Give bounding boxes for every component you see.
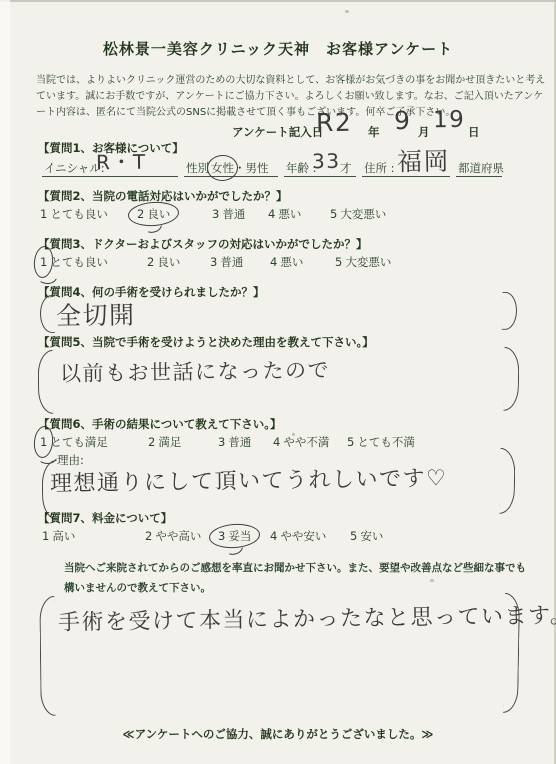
scan-edge-top [0,0,556,2]
q5-answer-bracket-right [503,347,519,411]
q6-heading: 【質問6、手術の結果について教えて下さい。】 [38,416,282,432]
q3-heading: 【質問3、ドクターおよびスタッフの対応はいかがでしたか？】 [38,236,368,252]
date-year-suffix: 年 [368,124,380,140]
q6-answer-bracket-right [499,448,515,514]
intro-line-3: ート内容は、匿名にて当院公式のSNSに掲載させて頂く事もございます。何卒ご了承下… [36,103,455,118]
date-month-suffix: 月 [418,124,430,140]
feedback-answer: 手術を受けて本当によかったなと思っています。 [58,598,556,636]
q6-option-4: 4やや不満 [273,434,329,450]
q4-answer-bracket-right [502,292,518,330]
scan-speck [345,10,349,13]
page-title: 松林景一美容クリニック天神 お客様アンケート [0,38,556,59]
q5-answer: 以前もお世話になったので [60,354,330,388]
q2-option-4: 4悪い [268,206,301,222]
q5-answer-bracket-left [38,350,54,414]
q2-option-1: 1とても良い [40,206,108,222]
q2-option-3: 3普通 [212,206,245,222]
q6-option-2: 2満足 [148,434,181,450]
q6-options: 1とても満足 2満足 3普通 4やや不満 5とても不満 [0,434,556,454]
feedback-prompt-line-1: 当院へご来院されてからのご感想を率直にお聞かせ下さい。また、要望や改善点など些細… [64,560,526,575]
q3-option-4: 4悪い [270,254,303,270]
q7-options: 1高い 2やや高い 3妥当 4やや安い 5安い [0,528,556,548]
feedback-bracket-left [39,596,55,716]
date-era-value: R2 [316,108,353,138]
q6-option-3: 3普通 [218,434,251,450]
q6-option-5: 5とても不満 [347,434,415,450]
date-month-value: 9 [394,106,412,135]
date-day-value: 19 [433,107,466,133]
q6-option-1-selected: 1とても満足 [40,434,108,450]
q2-option-2-selected: 2良い [137,207,170,221]
q3-options: 1とても良い 2良い 3普通 4悪い 5大変悪い [0,254,556,274]
q6-reason: 理想通りにして頂いてうれしいです♡ [50,461,448,498]
q3-option-5: 5大変悪い [335,254,391,270]
q4-answer: 全切開 [56,295,136,332]
date-label: アンケート記入日 [232,124,323,140]
address-value: 福岡 [397,142,451,179]
gender-option-female: 女性 [211,160,234,176]
q4-answer-bracket-left [40,295,55,333]
q7-option-2: 2やや高い [145,528,201,544]
q3-option-2: 2良い [147,254,180,270]
footer-note: ≪アンケートへのご協力、誠にありがとうございました。≫ [0,726,556,742]
q5-heading: 【質問5、当院で手術を受けようと決めた理由を教えて下さい。】 [38,334,374,350]
q7-option-4: 4やや安い [270,528,326,544]
q2-options: 1とても良い 2良い 3普通 4悪い 5大変悪い [0,206,556,226]
address-label: 住所 : [364,160,395,176]
q3-option-3: 3普通 [210,254,243,270]
q2-option-5: 5大変悪い [330,206,386,222]
intro-line-2: ています。誠にお手数ですが、アンケートにご協力下さい。よろしくお願い致します。な… [36,87,543,102]
q7-heading: 【質問7、料金について】 [38,510,172,526]
gender-option-male: 男性 [246,161,269,175]
gender-options: 女性・男性 [211,160,269,176]
feedback-prompt-line-2: 構いませんので教えて下さい。 [64,580,211,595]
q7-option-3-selected: 3妥当 [218,529,251,543]
gender-label: 性別 [186,160,209,176]
survey-page: 松林景一美容クリニック天神 お客様アンケート 当院では、よりよいクリニック運営の… [0,0,556,764]
scan-speck [430,579,434,582]
q3-option-1-selected: 1とても良い [40,254,108,270]
address-unit: 都道府県 [458,160,504,176]
q7-option-5: 5安い [350,528,383,544]
date-day-suffix: 日 [468,124,480,140]
age-unit: 才 [340,160,352,176]
scan-edge-left [0,0,10,764]
q7-option-1: 1高い [42,528,75,544]
age-value: 33 [312,149,341,173]
initial-value: R・T [96,146,147,176]
intro-line-1: 当院では、よりよいクリニック運営のための大切な資料として、お客様がお気づきの事を… [36,71,545,86]
